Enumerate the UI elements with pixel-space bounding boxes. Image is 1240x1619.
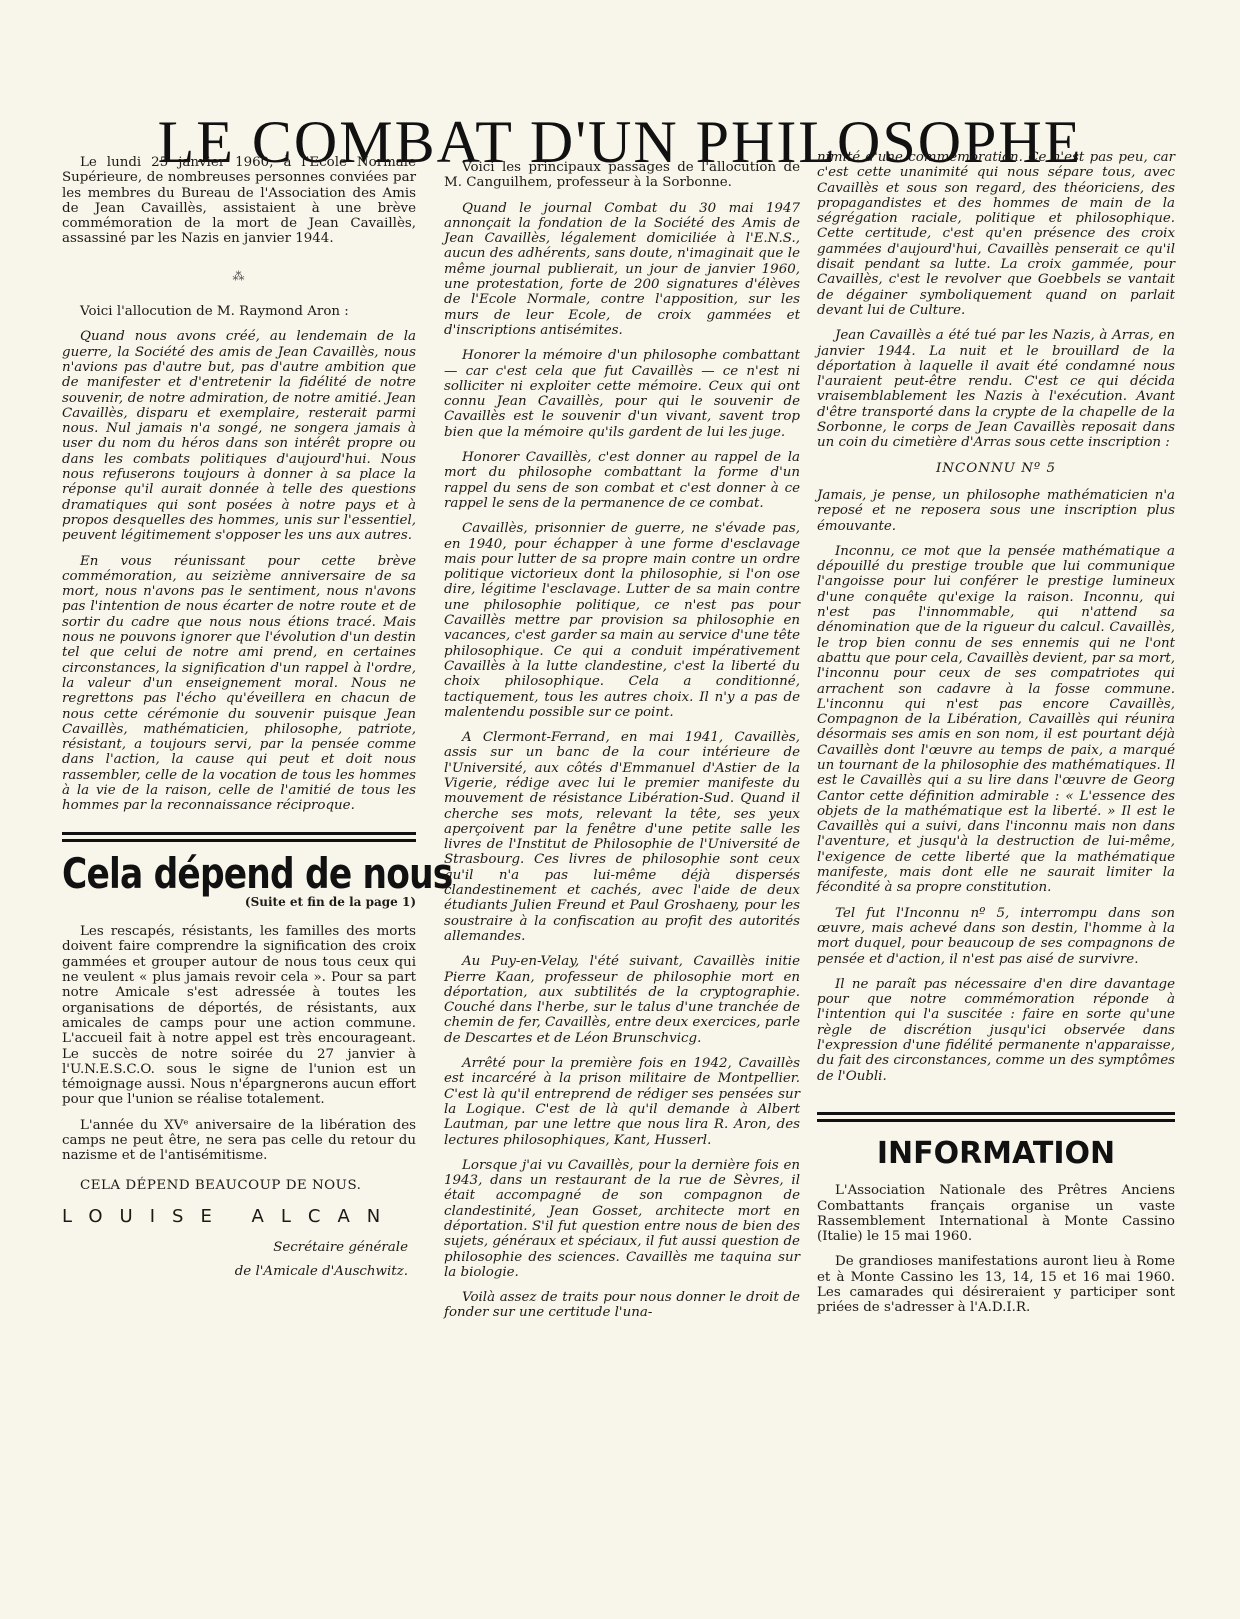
canguilhem-paragraph: Honorer Cavaillès, c'est donner au rappe… [444,450,800,511]
information-title: INFORMATION [817,1146,1175,1161]
author-title-line-1: Secrétaire générale [62,1236,408,1260]
article-title-cela-depend: Cela dépend de nous [62,866,352,881]
continued-paragraph: nimité d'une commémoration. Ce n'est pas… [817,150,1175,318]
information-paragraph-2: De grandioses manifestations auront lieu… [817,1254,1175,1315]
canguilhem-paragraph: Quand le journal Combat du 30 mai 1947 a… [444,201,800,339]
canguilhem-paragraph: Voilà assez de traits pour nous donner l… [444,1290,800,1321]
canguilhem-paragraph: Inconnu, ce mot que la pensée mathématiq… [817,544,1175,896]
canguilhem-paragraph: Honorer la mémoire d'un philosophe comba… [444,348,800,440]
newspaper-page: LE COMBAT D'UN PHILOSOPHE Le lundi 25 ja… [0,0,1240,1619]
aron-paragraph-2: En vous réunissant pour cette brève comm… [62,554,416,814]
section-divider [62,832,416,842]
information-paragraph-1: L'Association Nationale des Prêtres Anci… [817,1183,1175,1244]
canguilhem-paragraph: Il ne paraît pas nécessaire d'en dire da… [817,977,1175,1084]
section-divider [817,1112,1175,1122]
column-middle: Voici les principaux passages de l'alloc… [444,160,800,1331]
aron-paragraph-1: Quand nous avons créé, au lendemain de l… [62,329,416,543]
canguilhem-paragraph: Jean Cavaillès a été tué par les Nazis, … [817,328,1175,450]
author-name: LOUISE ALCAN [62,1209,416,1224]
asterism-separator-icon: ⁂ [62,269,416,284]
canguilhem-paragraph: Au Puy-en-Velay, l'été suivant, Cavaillè… [444,954,800,1046]
column-left: Le lundi 25 janvier 1960, à l'Ecole Norm… [62,155,416,1284]
inscription: INCONNU Nº 5 [817,461,1175,476]
canguilhem-paragraph: A Clermont-Ferrand, en mai 1941, Cavaill… [444,730,800,944]
author-title: Secrétaire générale de l'Amicale d'Ausch… [62,1236,416,1284]
canguilhem-paragraph: Lorsque j'ai vu Cavaillès, pour la derni… [444,1158,800,1280]
alcan-paragraph-1: Les rescapés, résistants, les familles d… [62,924,416,1108]
canguilhem-paragraph: Jamais, je pense, un philosophe mathémat… [817,488,1175,534]
canguilhem-paragraph: Cavaillès, prisonnier de guerre, ne s'év… [444,521,800,720]
canguilhem-paragraph: Tel fut l'Inconnu nº 5, interrompu dans … [817,906,1175,967]
canguilhem-lead: Voici les principaux passages de l'alloc… [444,160,800,191]
author-title-line-2: de l'Amicale d'Auschwitz. [62,1260,408,1284]
canguilhem-paragraph: Arrêté pour la première fois en 1942, Ca… [444,1056,800,1148]
aron-lead: Voici l'allocution de M. Raymond Aron : [62,304,416,319]
alcan-paragraph-2: L'année du XVᵉ aniversaire de la libérat… [62,1118,416,1164]
intro-paragraph: Le lundi 25 janvier 1960, à l'Ecole Norm… [62,155,416,247]
column-right: nimité d'une commémoration. Ce n'est pas… [817,150,1175,1326]
closing-line: CELA DÉPEND BEAUCOUP DE NOUS. [62,1178,416,1193]
